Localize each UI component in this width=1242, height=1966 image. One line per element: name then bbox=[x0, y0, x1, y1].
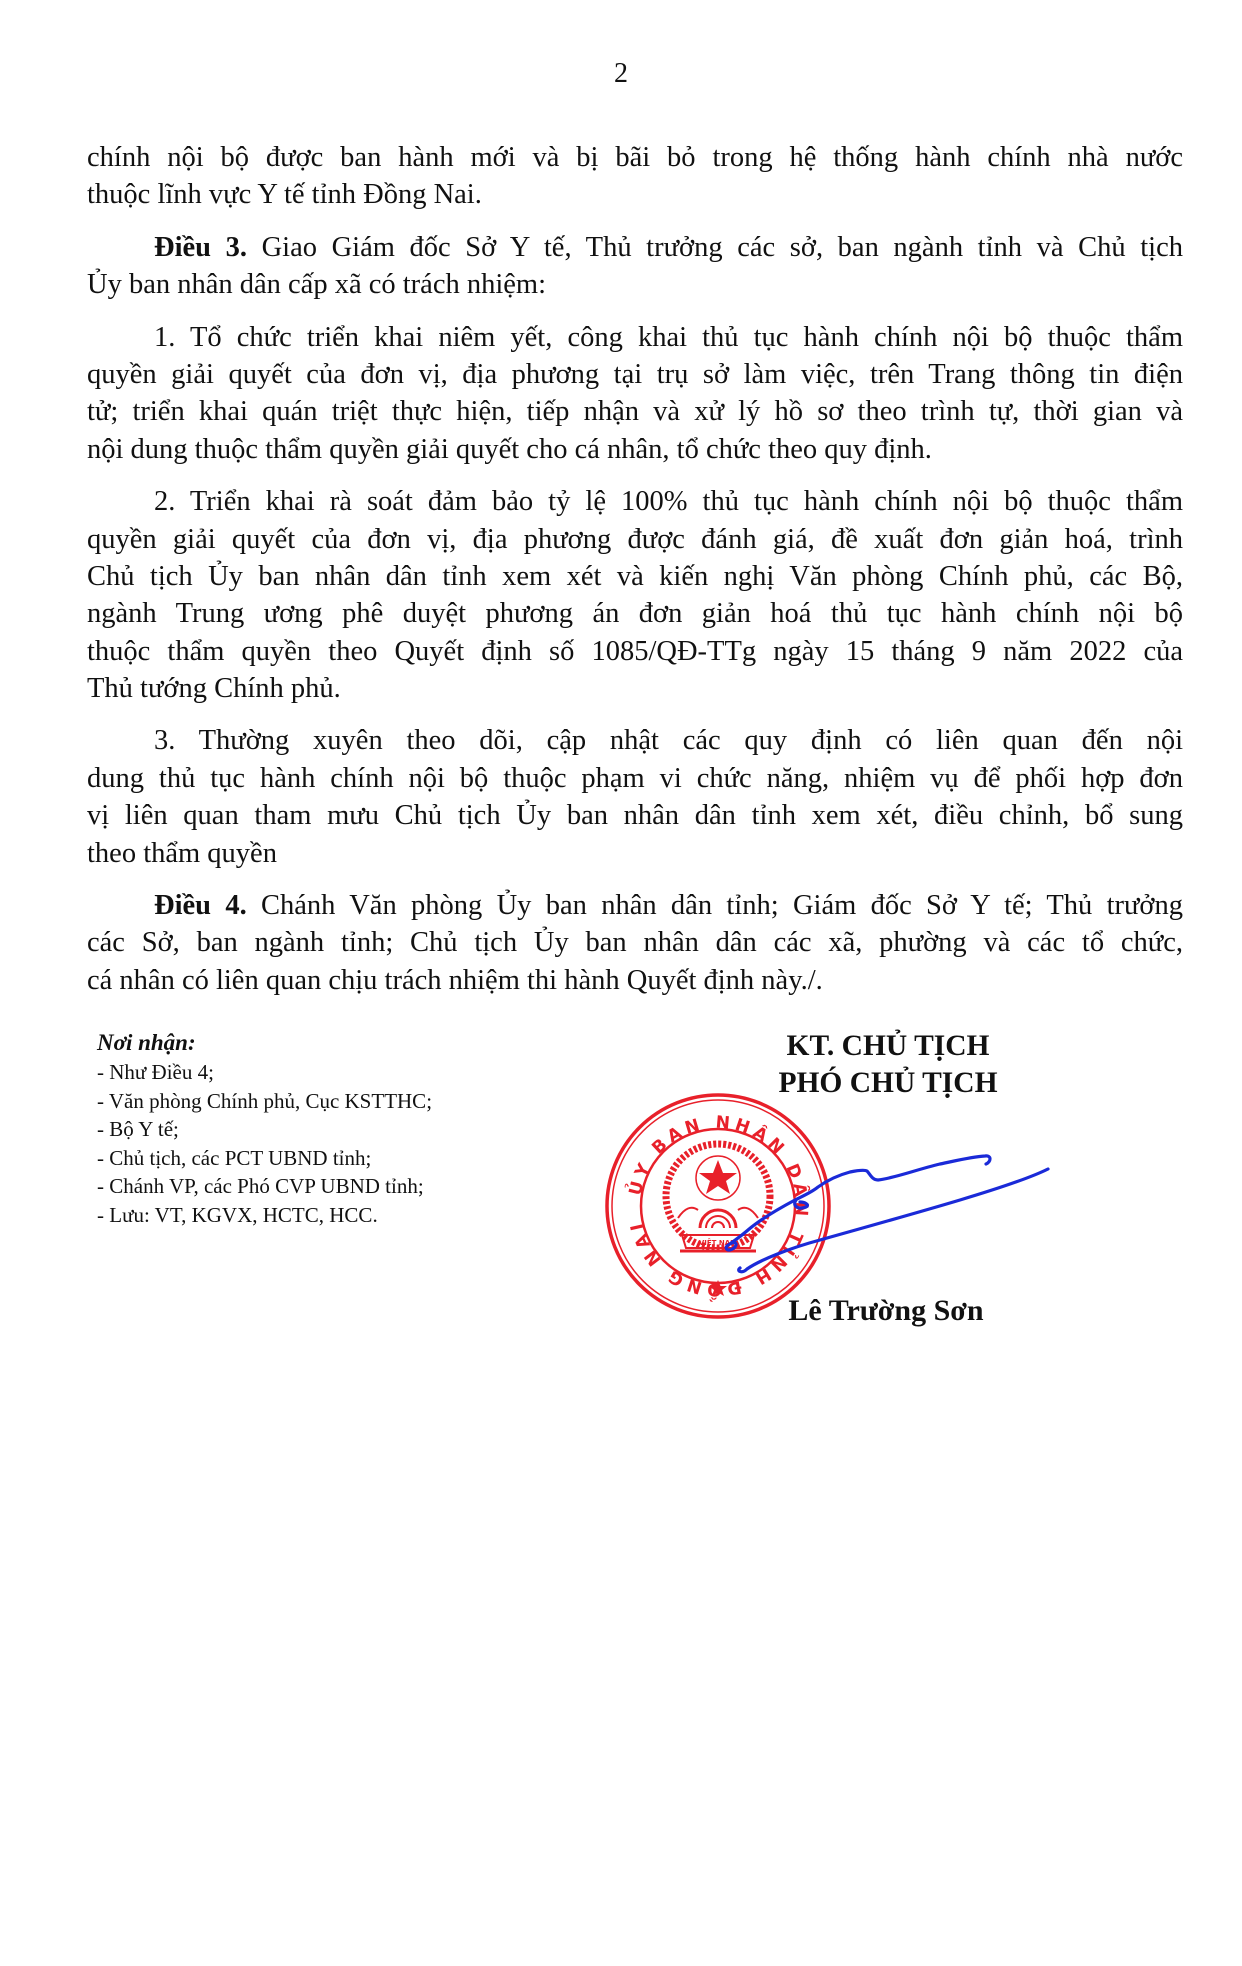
text-line: thuộc lĩnh vực Y tế tỉnh Đồng Nai. bbox=[87, 176, 1183, 213]
article-4-text: Chánh Văn phòng Ủy ban nhân dân tỉnh; Gi… bbox=[247, 890, 1183, 921]
text-line: Thủ tướng Chính phủ. bbox=[87, 670, 1183, 707]
article-3-item-1: 1. Tổ chức triển khai niêm yết, công kha… bbox=[87, 319, 1183, 469]
text-line: Điều 3. Giao Giám đốc Sở Y tế, Thủ trưởn… bbox=[87, 229, 1183, 266]
text-line: tử; triển khai quán triệt thực hiện, tiế… bbox=[87, 393, 1183, 430]
recipient-item: - Bộ Y tế; bbox=[97, 1115, 557, 1144]
recipients-block: Nơi nhận: - Như Điều 4; - Văn phòng Chín… bbox=[97, 1028, 557, 1230]
text-line: Chủ tịch Ủy ban nhân dân tỉnh xem xét và… bbox=[87, 558, 1183, 595]
text-line: quyền giải quyết của đơn vị, địa phương … bbox=[87, 356, 1183, 393]
text-line: ngành Trung ương phê duyệt phương án đơn… bbox=[87, 595, 1183, 632]
article-3: Điều 3. Giao Giám đốc Sở Y tế, Thủ trưởn… bbox=[87, 229, 1183, 304]
text-line: nội dung thuộc thẩm quyền giải quyết cho… bbox=[87, 431, 1183, 468]
handwritten-signature-icon bbox=[700, 1140, 1070, 1280]
text-line: Điều 4. Chánh Văn phòng Ủy ban nhân dân … bbox=[87, 887, 1183, 924]
decision-body: chính nội bộ được ban hành mới và bị bãi… bbox=[87, 139, 1183, 1014]
text-line: 1. Tổ chức triển khai niêm yết, công kha… bbox=[87, 319, 1183, 356]
text-line: theo thẩm quyền bbox=[87, 835, 1183, 872]
page-number: 2 bbox=[0, 56, 1242, 92]
recipient-item: - Lưu: VT, KGVX, HCTC, HCC. bbox=[97, 1201, 557, 1230]
article-3-item-3: 3. Thường xuyên theo dõi, cập nhật các q… bbox=[87, 722, 1183, 872]
text-line: 3. Thường xuyên theo dõi, cập nhật các q… bbox=[87, 722, 1183, 759]
recipient-item: - Chánh VP, các Phó CVP UBND tỉnh; bbox=[97, 1172, 557, 1201]
article-4-heading: Điều 4. bbox=[154, 890, 247, 921]
text-line: quyền giải quyết của đơn vị, địa phương … bbox=[87, 521, 1183, 558]
paragraph-continuation: chính nội bộ được ban hành mới và bị bãi… bbox=[87, 139, 1183, 214]
signer-name: Lê Trường Sơn bbox=[700, 1293, 1072, 1329]
text-line: các Sở, ban ngành tỉnh; Chủ tịch Ủy ban … bbox=[87, 924, 1183, 961]
text-line: thuộc thẩm quyền theo Quyết định số 1085… bbox=[87, 633, 1183, 670]
text-line: cá nhân có liên quan chịu trách nhiệm th… bbox=[87, 962, 1183, 999]
recipient-item: - Văn phòng Chính phủ, Cục KSTTHC; bbox=[97, 1087, 557, 1116]
article-3-item-2: 2. Triển khai rà soát đảm bảo tỷ lệ 100%… bbox=[87, 483, 1183, 707]
signer-role-line-1: KT. CHỦ TỊCH bbox=[700, 1028, 1076, 1065]
text-line: vị liên quan tham mưu Chủ tịch Ủy ban nh… bbox=[87, 797, 1183, 834]
article-3-heading: Điều 3. bbox=[154, 232, 247, 263]
text-line: 2. Triển khai rà soát đảm bảo tỷ lệ 100%… bbox=[87, 483, 1183, 520]
text-line: Ủy ban nhân dân cấp xã có trách nhiệm: bbox=[87, 266, 1183, 303]
article-4: Điều 4. Chánh Văn phòng Ủy ban nhân dân … bbox=[87, 887, 1183, 999]
recipient-item: - Chủ tịch, các PCT UBND tỉnh; bbox=[97, 1144, 557, 1173]
text-line: chính nội bộ được ban hành mới và bị bãi… bbox=[87, 139, 1183, 176]
recipients-title: Nơi nhận: bbox=[97, 1028, 557, 1058]
article-3-text: Giao Giám đốc Sở Y tế, Thủ trưởng các sở… bbox=[247, 232, 1183, 263]
text-line: dung thủ tục hành chính nội bộ thuộc phạ… bbox=[87, 760, 1183, 797]
recipient-item: - Như Điều 4; bbox=[97, 1058, 557, 1087]
